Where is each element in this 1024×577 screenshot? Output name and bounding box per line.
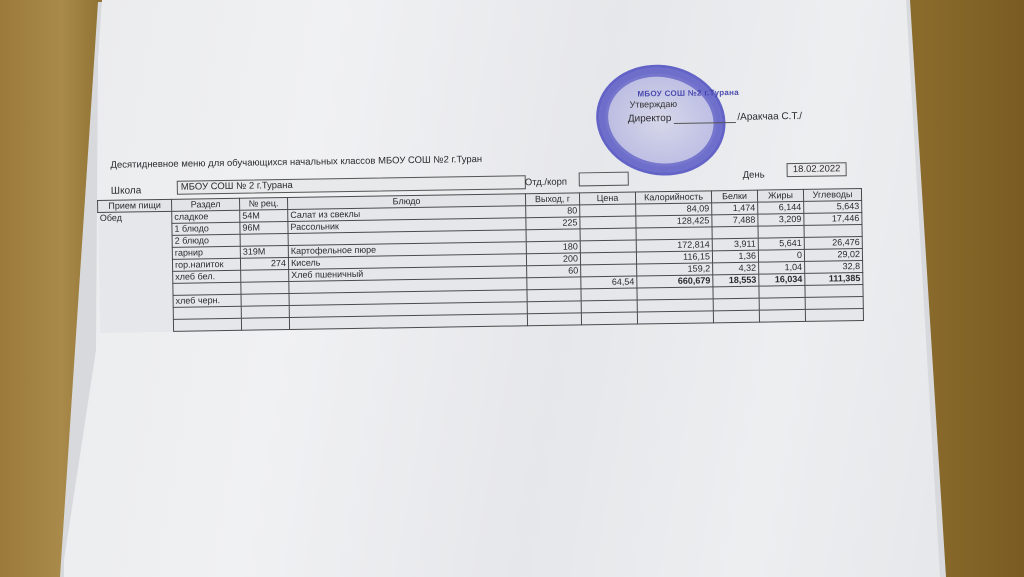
col-carbs-header: Углеводы xyxy=(803,189,861,202)
page-title: Десятидневное меню для обучающихся начал… xyxy=(110,154,482,171)
cell-fat xyxy=(759,285,805,298)
cell-carbs xyxy=(804,224,862,237)
cell-price xyxy=(581,264,637,277)
director-name: /Аракчаа С.Т./ xyxy=(737,111,802,123)
cell-price xyxy=(581,288,637,301)
cell-carbs: 26,476 xyxy=(804,236,862,249)
col-fat-header: Жиры xyxy=(757,189,803,202)
cell-yield: 60 xyxy=(527,265,581,278)
col-calories-header: Калорийность xyxy=(635,191,711,204)
cell-fat: 1,04 xyxy=(759,261,805,274)
cell-price xyxy=(581,300,637,313)
totals-blank xyxy=(527,277,581,290)
cell-protein: 1,474 xyxy=(712,202,758,215)
cell-fat: 5,641 xyxy=(758,237,804,250)
approved-label: Утверждаю xyxy=(629,99,677,110)
totals-blank xyxy=(241,282,289,295)
cell-price xyxy=(580,252,636,265)
cell-recipe: 274 xyxy=(240,258,288,271)
stamp-org-text: МБОУ СОШ №2 г.Турана xyxy=(637,88,739,99)
cell-protein xyxy=(713,310,759,323)
cell-section: гор.напиток xyxy=(172,258,240,271)
cell-section: гарнир xyxy=(172,246,240,259)
dept-field xyxy=(579,172,629,187)
total-carbs: 111,385 xyxy=(805,272,863,285)
cell-recipe xyxy=(241,306,289,319)
day-field: 18.02.2022 xyxy=(787,162,847,177)
school-field: МБОУ СОШ № 2 г.Турана xyxy=(177,175,526,194)
col-yield-header: Выход, г xyxy=(525,193,579,206)
meal-cell: Обед xyxy=(98,211,174,332)
cell-carbs xyxy=(805,296,863,309)
day-label: День xyxy=(743,170,765,181)
total-calories: 660,679 xyxy=(637,275,713,288)
cell-protein: 4,32 xyxy=(713,262,759,275)
cell-protein xyxy=(713,286,759,299)
cell-carbs: 5,643 xyxy=(804,200,862,213)
cell-yield xyxy=(526,229,580,242)
cell-recipe xyxy=(240,234,288,247)
cell-yield xyxy=(527,313,581,326)
col-price-header: Цена xyxy=(579,192,635,205)
cell-fat: 6,144 xyxy=(758,201,804,214)
cell-yield: 80 xyxy=(526,205,580,218)
cell-calories: 159,2 xyxy=(637,263,713,276)
menu-document: Утверждаю МБОУ СОШ №2 г.Турана Директор … xyxy=(0,0,1024,577)
col-meal-header: Прием пищи xyxy=(98,199,172,212)
cell-recipe xyxy=(241,294,289,307)
cell-calories xyxy=(637,311,713,324)
cell-carbs: 32,8 xyxy=(805,260,863,273)
cell-recipe: 319М xyxy=(240,246,288,259)
cell-protein xyxy=(713,298,759,311)
cell-section: 2 блюдо xyxy=(172,234,240,247)
cell-fat: 3,209 xyxy=(758,213,804,226)
cell-fat xyxy=(758,225,804,238)
menu-table: Прием пищиРаздел№ рец.БлюдоВыход, гЦенаК… xyxy=(97,188,864,333)
cell-price xyxy=(580,240,636,253)
cell-price xyxy=(580,204,636,217)
cell-calories: 84,09 xyxy=(636,203,712,216)
signature-line xyxy=(673,112,735,124)
cell-carbs: 17,446 xyxy=(804,212,862,225)
cell-section xyxy=(173,306,241,319)
cell-section: хлеб бел. xyxy=(173,270,241,283)
cell-yield: 180 xyxy=(526,241,580,254)
cell-price xyxy=(580,228,636,241)
cell-carbs: 29,02 xyxy=(804,248,862,261)
cell-price xyxy=(581,312,637,325)
cell-fat xyxy=(759,309,805,322)
school-label: Школа xyxy=(111,185,142,196)
director-label: Директор xyxy=(628,113,672,125)
cell-calories: 128,425 xyxy=(636,215,712,228)
cell-protein: 7,488 xyxy=(712,214,758,227)
cell-yield: 225 xyxy=(526,217,580,230)
col-section-header: Раздел xyxy=(172,198,240,211)
cell-dish xyxy=(289,314,527,330)
cell-recipe: 96М xyxy=(240,222,288,235)
dept-label: Отд./корп xyxy=(525,177,567,189)
cell-protein xyxy=(712,226,758,239)
col-recipe-header: № рец. xyxy=(240,198,288,211)
cell-fat: 0 xyxy=(758,249,804,262)
cell-protein: 3,911 xyxy=(712,238,758,251)
col-protein-header: Белки xyxy=(711,190,757,203)
cell-section: хлеб черн. xyxy=(173,294,241,307)
cell-calories: 172,814 xyxy=(636,239,712,252)
cell-protein: 1,36 xyxy=(712,250,758,263)
cell-price xyxy=(580,216,636,229)
cell-yield xyxy=(527,289,581,302)
cell-recipe xyxy=(241,270,289,283)
director-signature-row: Директор /Аракчаа С.Т./ xyxy=(628,111,802,125)
cell-section xyxy=(173,318,241,331)
cell-carbs xyxy=(805,284,863,297)
total-price: 64,54 xyxy=(581,276,637,289)
cell-recipe xyxy=(241,318,289,331)
cell-section: 1 блюдо xyxy=(172,222,240,235)
total-protein: 18,553 xyxy=(713,274,759,287)
cell-yield xyxy=(527,301,581,314)
cell-section: сладкое xyxy=(172,210,240,223)
cell-calories: 116,15 xyxy=(636,251,712,264)
cell-recipe: 54М xyxy=(240,210,288,223)
cell-fat xyxy=(759,297,805,310)
cell-yield: 200 xyxy=(526,253,580,266)
totals-blank xyxy=(173,282,241,295)
total-fat: 16,034 xyxy=(759,273,805,286)
cell-carbs xyxy=(805,308,863,321)
